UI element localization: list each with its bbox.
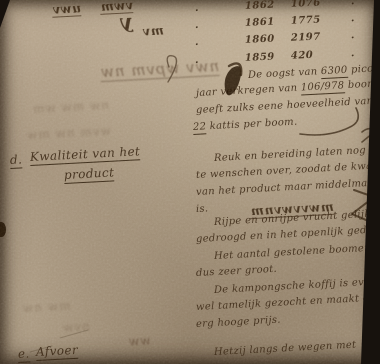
ink-bleed-mark: uwv — [52, 1, 82, 17]
handwritten-line: Hetzij langs de wegen met — [214, 340, 357, 358]
line-text: jaar verkregen van — [196, 83, 301, 99]
ledger-year: 1859 — [245, 51, 291, 64]
ink-bleed-mark: mw nw — [22, 299, 71, 316]
ledger-dot: . — [195, 37, 205, 48]
ledger-year: 1861 — [245, 16, 291, 29]
section-title: product — [64, 165, 115, 184]
line-text: picols van dit — [347, 61, 380, 76]
ledger-value: 1076 — [291, 0, 343, 10]
ink-flourish — [300, 108, 358, 135]
ledger-dot: . — [195, 3, 205, 14]
ink-bleed-mark: y — [119, 9, 133, 34]
ledger-dot: . — [195, 55, 205, 66]
ledger-row: . 1861 1775 . — [195, 13, 361, 31]
handwritten-line: jaar verkregen van 106/978 boomen, zoo — [196, 77, 380, 99]
handwritten-line: 22 kattis per boom. — [193, 117, 298, 133]
handwritten-line: Het aantal gestolene boomen is — [214, 242, 380, 262]
line-text: boomen, zoo — [344, 77, 380, 92]
line-text: kattis per boom. — [206, 117, 298, 133]
ledger-year: 1862 — [245, 0, 291, 12]
handwritten-line: dus zeer groot. — [196, 264, 278, 279]
ledger-row: . 1859 420 . — [195, 48, 361, 66]
ink-bleed-mark: ww — [128, 333, 151, 348]
line-text: De oogst van — [248, 66, 322, 81]
ledger-value: 2197 — [291, 31, 343, 44]
handwritten-line: De oogst van 6300 picols van dit — [248, 61, 380, 81]
ledger-dot: . — [351, 0, 361, 7]
ink-bleed-mark: wvm nw mw — [26, 124, 111, 142]
ledger-row: . 1860 2197 . — [195, 30, 361, 48]
section-index: e. — [18, 346, 31, 363]
ledger-year: 1860 — [245, 33, 291, 46]
ink-bleed-mark: mv — [142, 23, 164, 38]
ink-bleed-mark: nvw — [62, 319, 90, 334]
manuscript-paper: uwv vwm y mv nwv wpvm nw mwvvwvnm nw mw … — [0, 0, 380, 364]
ledger-dot: . — [351, 13, 361, 24]
ink-blot-left-edge — [0, 222, 6, 237]
ledger-dot: . — [195, 20, 205, 31]
handwritten-line: is. — [196, 203, 209, 215]
underlined-number: 22 — [193, 121, 207, 135]
section-title: Afvoer — [36, 343, 79, 361]
handwritten-line: erg hooge prijs. — [196, 315, 281, 330]
ledger-value: 1775 — [291, 14, 343, 27]
ledger-dot: . — [351, 30, 361, 41]
ledger-value: 420 — [291, 49, 343, 62]
section-title: Kwaliteit van het — [30, 144, 141, 166]
underlined-number: 6300 — [321, 65, 348, 79]
handwritten-line: van het product maar middelmatig — [196, 177, 380, 198]
ink-bleed-mark: nw mw wm — [32, 98, 110, 116]
section-index: d. — [10, 152, 23, 169]
ledger-dot: . — [351, 48, 361, 59]
ink-flourish — [362, 129, 373, 142]
ledger-row: . 1862 1076 . — [195, 0, 361, 14]
underlined-number: 106/978 — [301, 80, 345, 95]
